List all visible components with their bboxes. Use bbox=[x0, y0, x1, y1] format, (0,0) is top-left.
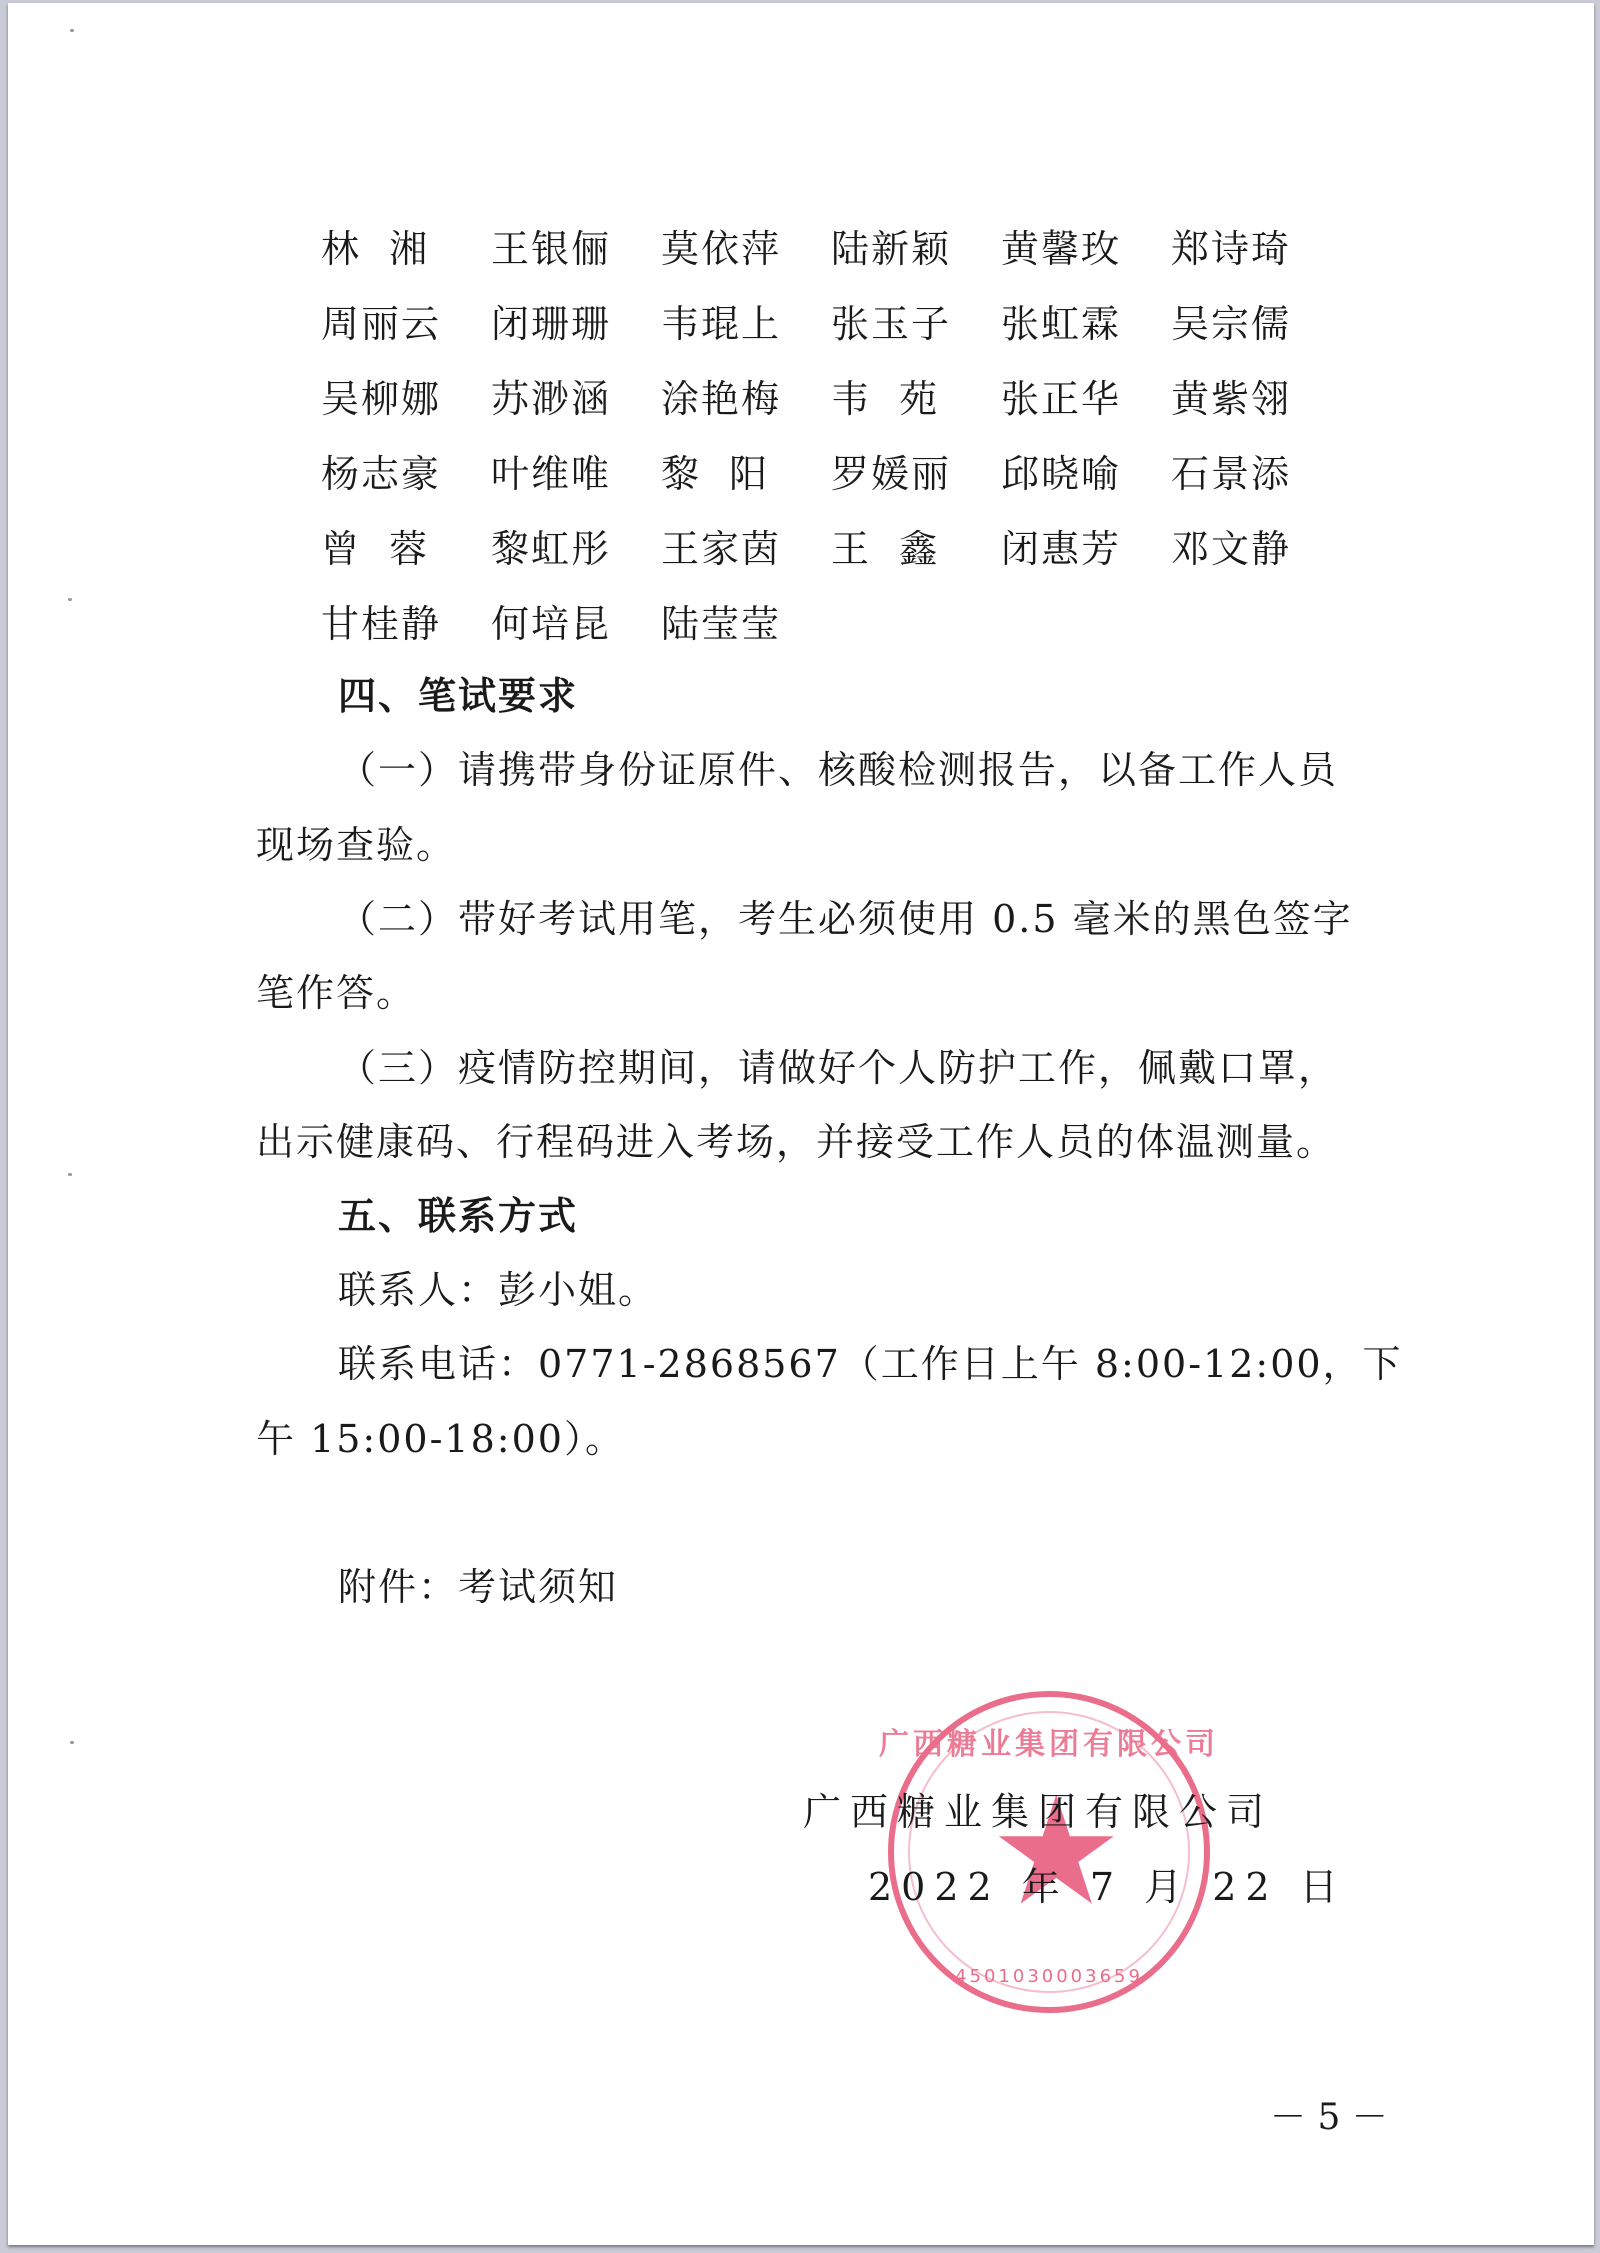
candidate-name: 王家茵 bbox=[661, 518, 831, 573]
candidate-name: 甘桂静 bbox=[321, 593, 491, 648]
signature-company: 广西糖业集团有限公司 bbox=[803, 1781, 1273, 1836]
scan-artifact bbox=[70, 1741, 74, 1744]
candidate-name: 罗媛丽 bbox=[831, 443, 1001, 498]
candidate-name: 莫依萍 bbox=[661, 218, 831, 273]
name-row: 杨志豪 叶维唯 黎 阳 罗媛丽 邱晓喻 石景添 bbox=[321, 433, 1341, 508]
name-row: 甘桂静 何培昆 陆莹莹 bbox=[321, 583, 1341, 658]
scan-artifact bbox=[68, 1173, 72, 1176]
candidate-name: 韦 苑 bbox=[831, 368, 1001, 423]
candidate-name: 吴柳娜 bbox=[321, 368, 491, 423]
requirement-item-2-cont: 笔作答。 bbox=[256, 962, 416, 1017]
candidate-name: 王 鑫 bbox=[831, 518, 1001, 573]
contact-person: 联系人：彭小姐。 bbox=[338, 1259, 658, 1314]
candidate-name: 陆莹莹 bbox=[661, 593, 831, 648]
page-number: － 5 － bbox=[1270, 2089, 1388, 2140]
company-seal: 广西糖业集团有限公司 ★ 4501030003659 bbox=[888, 1691, 1210, 2013]
candidate-name: 张玉子 bbox=[831, 293, 1001, 348]
requirement-item-1-cont: 现场查验。 bbox=[256, 814, 456, 869]
candidate-name: 王银俪 bbox=[491, 218, 661, 273]
contact-phone-cont: 午 15:00-18:00）。 bbox=[256, 1408, 625, 1463]
candidate-name: 何培昆 bbox=[491, 593, 661, 648]
scan-artifact bbox=[68, 598, 72, 601]
candidate-name: 苏渺涵 bbox=[491, 368, 661, 423]
candidate-name-list: 林 湘 王银俪 莫依萍 陆新颖 黄馨玫 郑诗琦 周丽云 闭珊珊 韦琨上 张玉子 … bbox=[321, 208, 1341, 658]
candidate-name: 陆新颖 bbox=[831, 218, 1001, 273]
candidate-name: 叶维唯 bbox=[491, 443, 661, 498]
name-row: 周丽云 闭珊珊 韦琨上 张玉子 张虹霖 吴宗儒 bbox=[321, 283, 1341, 358]
candidate-name: 张虹霖 bbox=[1001, 293, 1171, 348]
requirement-item-3-cont: 出示健康码、行程码进入考场，并接受工作人员的体温测量。 bbox=[256, 1111, 1336, 1166]
candidate-name: 涂艳梅 bbox=[661, 368, 831, 423]
candidate-name: 闭珊珊 bbox=[491, 293, 661, 348]
requirement-item-2: （二）带好考试用笔，考生必须使用 0.5 毫米的黑色签字 bbox=[338, 888, 1353, 943]
contact-phone: 联系电话：0771-2868567（工作日上午 8:00-12:00，下 bbox=[338, 1333, 1403, 1388]
name-row: 吴柳娜 苏渺涵 涂艳梅 韦 苑 张正华 黄紫翎 bbox=[321, 358, 1341, 433]
seal-arc-text: 广西糖业集团有限公司 bbox=[879, 1719, 1219, 1763]
name-row: 曾 蓉 黎虹彤 王家茵 王 鑫 闭惠芳 邓文静 bbox=[321, 508, 1341, 583]
candidate-name: 杨志豪 bbox=[321, 443, 491, 498]
candidate-name: 邓文静 bbox=[1171, 518, 1341, 573]
candidate-name: 张正华 bbox=[1001, 368, 1171, 423]
candidate-name: 吴宗儒 bbox=[1171, 293, 1341, 348]
scan-artifact bbox=[70, 29, 74, 32]
candidate-name: 黄馨玫 bbox=[1001, 218, 1171, 273]
requirement-item-1: （一）请携带身份证原件、核酸检测报告，以备工作人员 bbox=[338, 739, 1338, 794]
candidate-name: 黎 阳 bbox=[661, 443, 831, 498]
candidate-name: 黎虹彤 bbox=[491, 518, 661, 573]
candidate-name: 周丽云 bbox=[321, 293, 491, 348]
candidate-name: 郑诗琦 bbox=[1171, 218, 1341, 273]
candidate-name: 黄紫翎 bbox=[1171, 368, 1341, 423]
attachment-note: 附件：考试须知 bbox=[338, 1556, 618, 1611]
candidate-name: 石景添 bbox=[1171, 443, 1341, 498]
candidate-name: 闭惠芳 bbox=[1001, 518, 1171, 573]
seal-registration-code: 4501030003659 bbox=[955, 1966, 1143, 1987]
candidate-name: 邱晓喻 bbox=[1001, 443, 1171, 498]
candidate-name: 林 湘 bbox=[321, 218, 491, 273]
section-heading-exam-requirements: 四、笔试要求 bbox=[338, 665, 578, 720]
name-row: 林 湘 王银俪 莫依萍 陆新颖 黄馨玫 郑诗琦 bbox=[321, 208, 1341, 283]
requirement-item-3: （三）疫情防控期间，请做好个人防护工作，佩戴口罩， bbox=[338, 1037, 1338, 1092]
document-page: 林 湘 王银俪 莫依萍 陆新颖 黄馨玫 郑诗琦 周丽云 闭珊珊 韦琨上 张玉子 … bbox=[8, 3, 1594, 2245]
candidate-name: 韦琨上 bbox=[661, 293, 831, 348]
section-heading-contact: 五、联系方式 bbox=[338, 1185, 578, 1240]
signature-date: 2022 年 7 月 22 日 bbox=[868, 1856, 1347, 1911]
candidate-name: 曾 蓉 bbox=[321, 518, 491, 573]
